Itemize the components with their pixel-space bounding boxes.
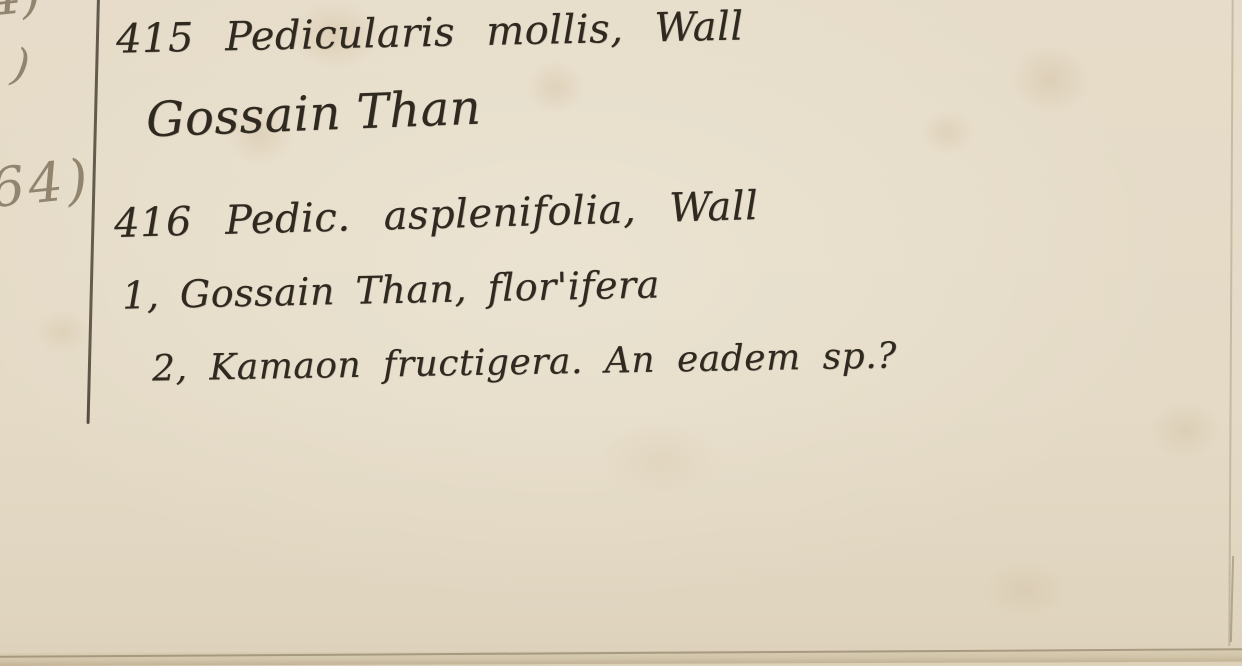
margin-mark-64: 64) [0, 147, 95, 220]
scanned-manuscript-page: { "page": { "description": "Scanned page… [0, 0, 1242, 666]
